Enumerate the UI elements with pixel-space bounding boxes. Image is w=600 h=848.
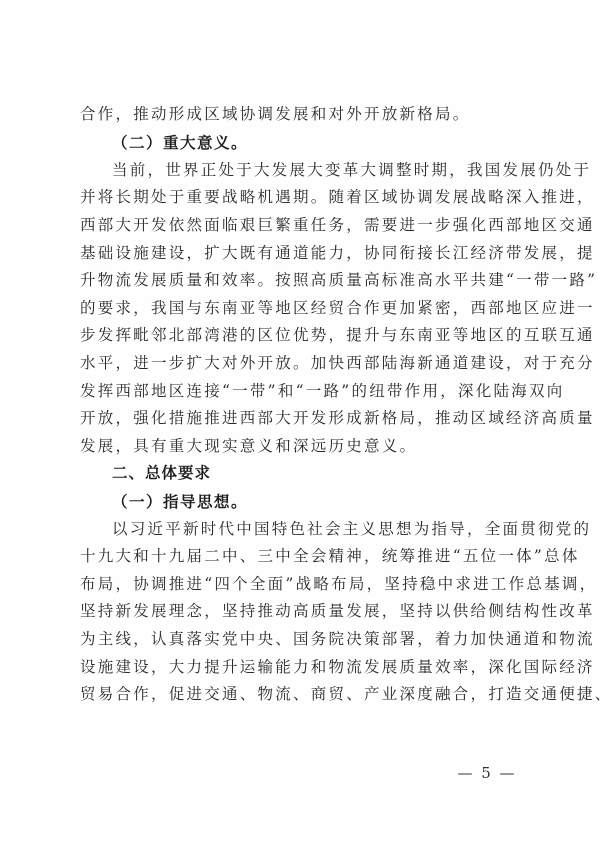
paragraph-line: 基础设施建设，扩大既有通道能力，协同衔接长江经济带发展，提 xyxy=(80,240,522,268)
paragraph-line: 步发挥毗邻北部湾港的区位优势，提升与东南亚等地区的互联互通 xyxy=(80,322,522,350)
paragraph-line: 发挥西部地区连接“一带”和“一路”的纽带作用，深化陆海双向 xyxy=(80,378,522,406)
paragraph-line: 开放，强化措施推进西部大开发形成新格局，推动区域经济高质量 xyxy=(80,405,522,433)
paragraph-line: 西部大开发依然面临艰巨繁重任务，需要进一步强化西部地区交通 xyxy=(80,212,522,240)
paragraph-line: 发展，具有重大现实意义和深远历史意义。 xyxy=(80,433,522,461)
page-number: — 5 — xyxy=(452,761,522,785)
paragraph-line: 的要求，我国与东南亚等地区经贸合作更加紧密，西部地区应进一 xyxy=(80,295,522,323)
paragraph-line: 以习近平新时代中国特色社会主义思想为指导，全面贯彻党的 xyxy=(112,516,522,544)
subsection-heading-guiding-ideology: （一）指导思想。 xyxy=(112,488,522,516)
subsection-heading-significance: （二）重大意义。 xyxy=(112,129,522,157)
paragraph-line: 设施建设，大力提升运输能力和物流发展质量效率，深化国际经济 xyxy=(80,654,522,682)
paragraph-line: 坚持新发展理念，坚持推动高质量发展，坚持以供给侧结构性改革 xyxy=(80,598,522,626)
paragraph-line: 并将长期处于重要战略机遇期。随着区域协调发展战略深入推进， xyxy=(80,184,522,212)
paragraph-line: 升物流发展质量和效率。按照高质量高标准高水平共建“一带一路” xyxy=(80,267,522,295)
paragraph-line: 十九大和十九届二中、三中全会精神，统筹推进“五位一体”总体 xyxy=(80,543,522,571)
paragraph-line: 贸易合作，促进交通、物流、商贸、产业深度融合，打造交通便捷、 xyxy=(80,681,522,709)
paragraph-line: 为主线，认真落实党中央、国务院决策部署，着力加快通道和物流 xyxy=(80,626,522,654)
paragraph-line: 当前，世界正处于大发展大变革大调整时期，我国发展仍处于 xyxy=(112,157,522,185)
paragraph-continuation-line: 合作，推动形成区域协调发展和对外开放新格局。 xyxy=(80,101,522,129)
paragraph-line: 布局，协调推进“四个全面”战略布局，坚持稳中求进工作总基调， xyxy=(80,571,522,599)
paragraph-line: 水平，进一步扩大对外开放。加快西部陆海新通道建设，对于充分 xyxy=(80,350,522,378)
section-heading-general-requirements: 二、总体要求 xyxy=(112,460,522,488)
document-page: 合作，推动形成区域协调发展和对外开放新格局。 （二）重大意义。 当前，世界正处于… xyxy=(0,0,600,848)
